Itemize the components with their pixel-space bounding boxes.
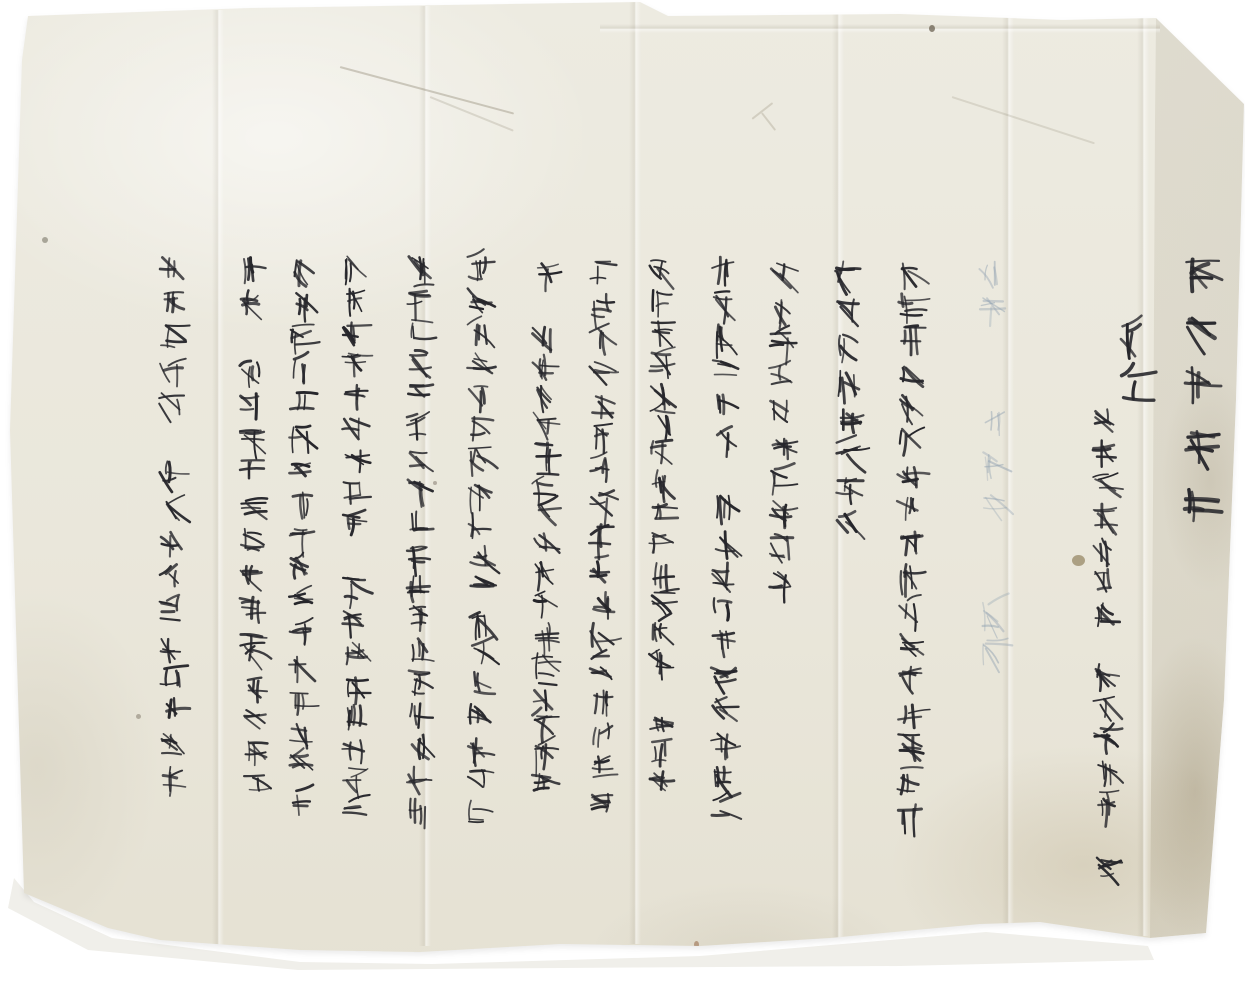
ink-strokes-body-column-12 bbox=[236, 250, 283, 682]
ink-strokes-body-subcolumn bbox=[241, 640, 282, 824]
ink-strokes-body-column-5 bbox=[646, 254, 691, 818]
body-column-3: 太破人奉晨事代存旺讀 bbox=[772, 256, 817, 608]
ink-strokes-postscript-column bbox=[156, 250, 203, 818]
salutation-column: 尊也 bbox=[1120, 316, 1177, 428]
ink-strokes-body-column-10 bbox=[339, 250, 384, 850]
ink-strokes-address-column bbox=[1179, 246, 1245, 550]
body-column-8: 忘日泯旨使之向去可曼三牧日來浬拗豈逗 bbox=[470, 250, 514, 838]
ink-strokes-body-column-2 bbox=[832, 255, 880, 567]
body-column-7: 秀 與老之地印丨連豚舁泊當來浬居其祝 bbox=[535, 256, 579, 808]
ink-strokes-body-column-7 bbox=[529, 256, 574, 820]
ink-strokes-salutation-column bbox=[1112, 316, 1172, 440]
ink-strokes-body-column-4 bbox=[707, 250, 754, 852]
ink-strokes-body-column-3 bbox=[766, 256, 813, 620]
ghost-text-column: 憲以 離耕試 曉逹 bbox=[982, 253, 1031, 683]
ink-strokes-body-column-6 bbox=[586, 254, 633, 839]
ink-strokes-body-column-9 bbox=[404, 248, 449, 848]
address-column: 澄村手崔峽 bbox=[1188, 246, 1245, 538]
body-column-1: 新好之地何嘗不蒂誦而屬此搖落打不勝 bbox=[900, 252, 945, 842]
body-column-12: 多次 子及阿魚浩白此岳智 bbox=[242, 250, 287, 670]
ink-strokes-ghost-text-column bbox=[975, 253, 1026, 695]
calligraphy-layer: 澄村手崔峽尊也癸巳九月念九日 朞中金九植 拜憲以 離耕試 曉逹新好之地何嘗不蒂誦… bbox=[0, 0, 1245, 983]
body-column-4: 佶偌梅宇湛相 疵致休宜々新人攜此用 bbox=[713, 250, 758, 840]
body-subcolumn: 源與出何涑 bbox=[246, 640, 285, 812]
body-column-5: 四譌此尺二度吞弁保溺祝至階陣 查市灣 bbox=[652, 254, 696, 806]
photo-background: 澄村手崔峽尊也癸巳九月念九日 朞中金九植 拜憲以 離耕試 曉逹新好之地何嘗不蒂誦… bbox=[0, 0, 1245, 983]
body-column-6: 劣渺波一嗑耋聞尊時不自掩悶何曾在叩 bbox=[592, 254, 637, 827]
ink-strokes-body-column-8 bbox=[464, 250, 509, 850]
ink-strokes-date-signature-column bbox=[1090, 402, 1135, 906]
body-column-9: 肌與可為今仙于禮者以同足一日居之匕咄 bbox=[410, 248, 454, 836]
body-column-2: 憧々之懷伏請此海 bbox=[838, 255, 884, 555]
date-signature-column: 癸巳九月念九日 朞中金九植 拜 bbox=[1096, 402, 1140, 894]
body-column-11: 與弪涇尤百夢一不艱莑木浚帳匕狗礙去 bbox=[292, 254, 336, 827]
ink-strokes-body-column-11 bbox=[286, 254, 331, 839]
body-column-10: 焉冷已燕之不至道也 尤庇阿孤京絕峽甚 bbox=[345, 250, 389, 838]
postscript-column: 水書蓍徝迊 歲欽在鎌布陶此禮伏堆 bbox=[162, 250, 207, 806]
ink-strokes-body-column-1 bbox=[894, 252, 941, 854]
